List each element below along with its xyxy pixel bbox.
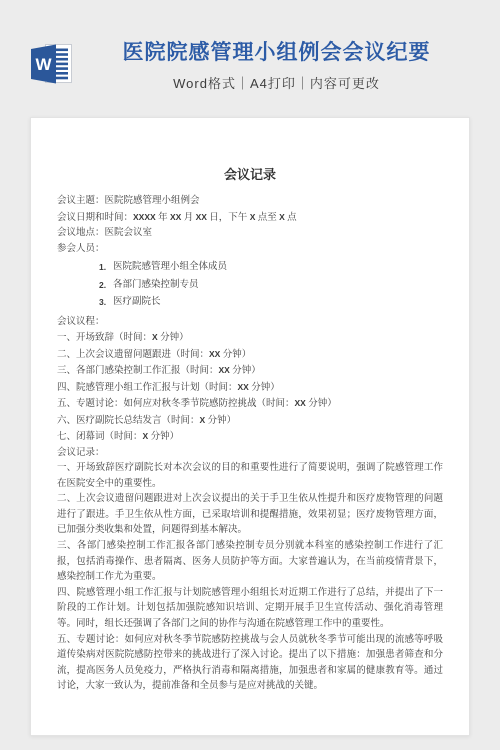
list-item: 2. 各部门感染控制专员	[99, 277, 443, 295]
agenda-item: 四、院感管理小组工作汇报与计划（时间：XX 分钟）	[57, 380, 443, 397]
document-title: 会议记录	[57, 166, 443, 184]
meeting-location-line: 会议地点：医院会议室	[57, 226, 443, 242]
meeting-datetime-line: 会议日期和时间：XXXX 年 XX 月 XX 日，下午 X 点至 X 点	[57, 210, 443, 227]
word-icon-letter: W	[35, 55, 52, 74]
agenda-item: 六、医疗副院长总结发言（时间：X 分钟）	[57, 413, 443, 430]
attendee-list: 1. 医院院感管理小组全体成员 2. 各部门感染控制专员 3. 医疗副院长	[57, 259, 443, 312]
document-page: 会议记录 会议主题：医院院感管理小组例会 会议日期和时间：XXXX 年 XX 月…	[30, 117, 470, 736]
page-subtitle: Word格式｜A4打印｜内容可更改	[87, 73, 466, 92]
list-item: 1. 医院院感管理小组全体成员	[99, 259, 443, 277]
record-paragraph: 二、上次会议遗留问题跟进对上次会议提出的关于手卫生依从性提升和医疗废物管理的问题…	[57, 492, 443, 539]
list-number: 1.	[99, 259, 113, 277]
agenda-item: 二、上次会议遗留问题跟进（时间：XX 分钟）	[57, 347, 443, 364]
attendee-text: 医疗副院长	[113, 294, 161, 312]
record-paragraph: 三、各部门感染控制工作汇报各部门感染控制专员分别就本科室的感染控制工作进行了汇报…	[57, 539, 443, 586]
page-title: 医院院感管理小组例会会议纪要	[87, 40, 466, 66]
list-number: 2.	[99, 277, 113, 295]
list-item: 3. 医疗副院长	[99, 294, 443, 312]
agenda-item: 七、闭幕词（时间：X 分钟）	[57, 429, 443, 446]
record-label: 会议记录：	[57, 446, 443, 462]
agenda-label: 会议议程：	[57, 315, 443, 331]
attendee-text: 医院院感管理小组全体成员	[113, 259, 227, 277]
agenda-item: 三、各部门感染控制工作汇报（时间：XX 分钟）	[57, 363, 443, 380]
meeting-topic-line: 会议主题：医院院感管理小组例会	[57, 194, 443, 210]
attendee-text: 各部门感染控制专员	[113, 277, 199, 295]
record-paragraph: 五、专题讨论：如何应对秋冬季节院感防控挑战与会人员就秋冬季节可能出现的流感等呼吸…	[57, 633, 443, 695]
header-text-block: 医院院感管理小组例会会议纪要 Word格式｜A4打印｜内容可更改	[87, 40, 476, 92]
agenda-item: 一、开场致辞（时间：X 分钟）	[57, 330, 443, 347]
list-number: 3.	[99, 294, 113, 312]
template-header: W 医院院感管理小组例会会议纪要 Word格式｜A4打印｜内容可更改	[0, 0, 500, 92]
record-paragraph: 四、院感管理小组工作汇报与计划院感管理小组组长对近期工作进行了总结，并提出了下一…	[57, 586, 443, 633]
record-paragraph: 一、开场致辞医疗副院长对本次会议的目的和重要性进行了简要说明，强调了院感管理工作…	[57, 461, 443, 492]
word-icon: W	[28, 40, 75, 88]
agenda-item: 五、专题讨论：如何应对秋冬季节院感防控挑战（时间：XX 分钟）	[57, 396, 443, 413]
attendees-label: 参会人员：	[57, 242, 443, 258]
